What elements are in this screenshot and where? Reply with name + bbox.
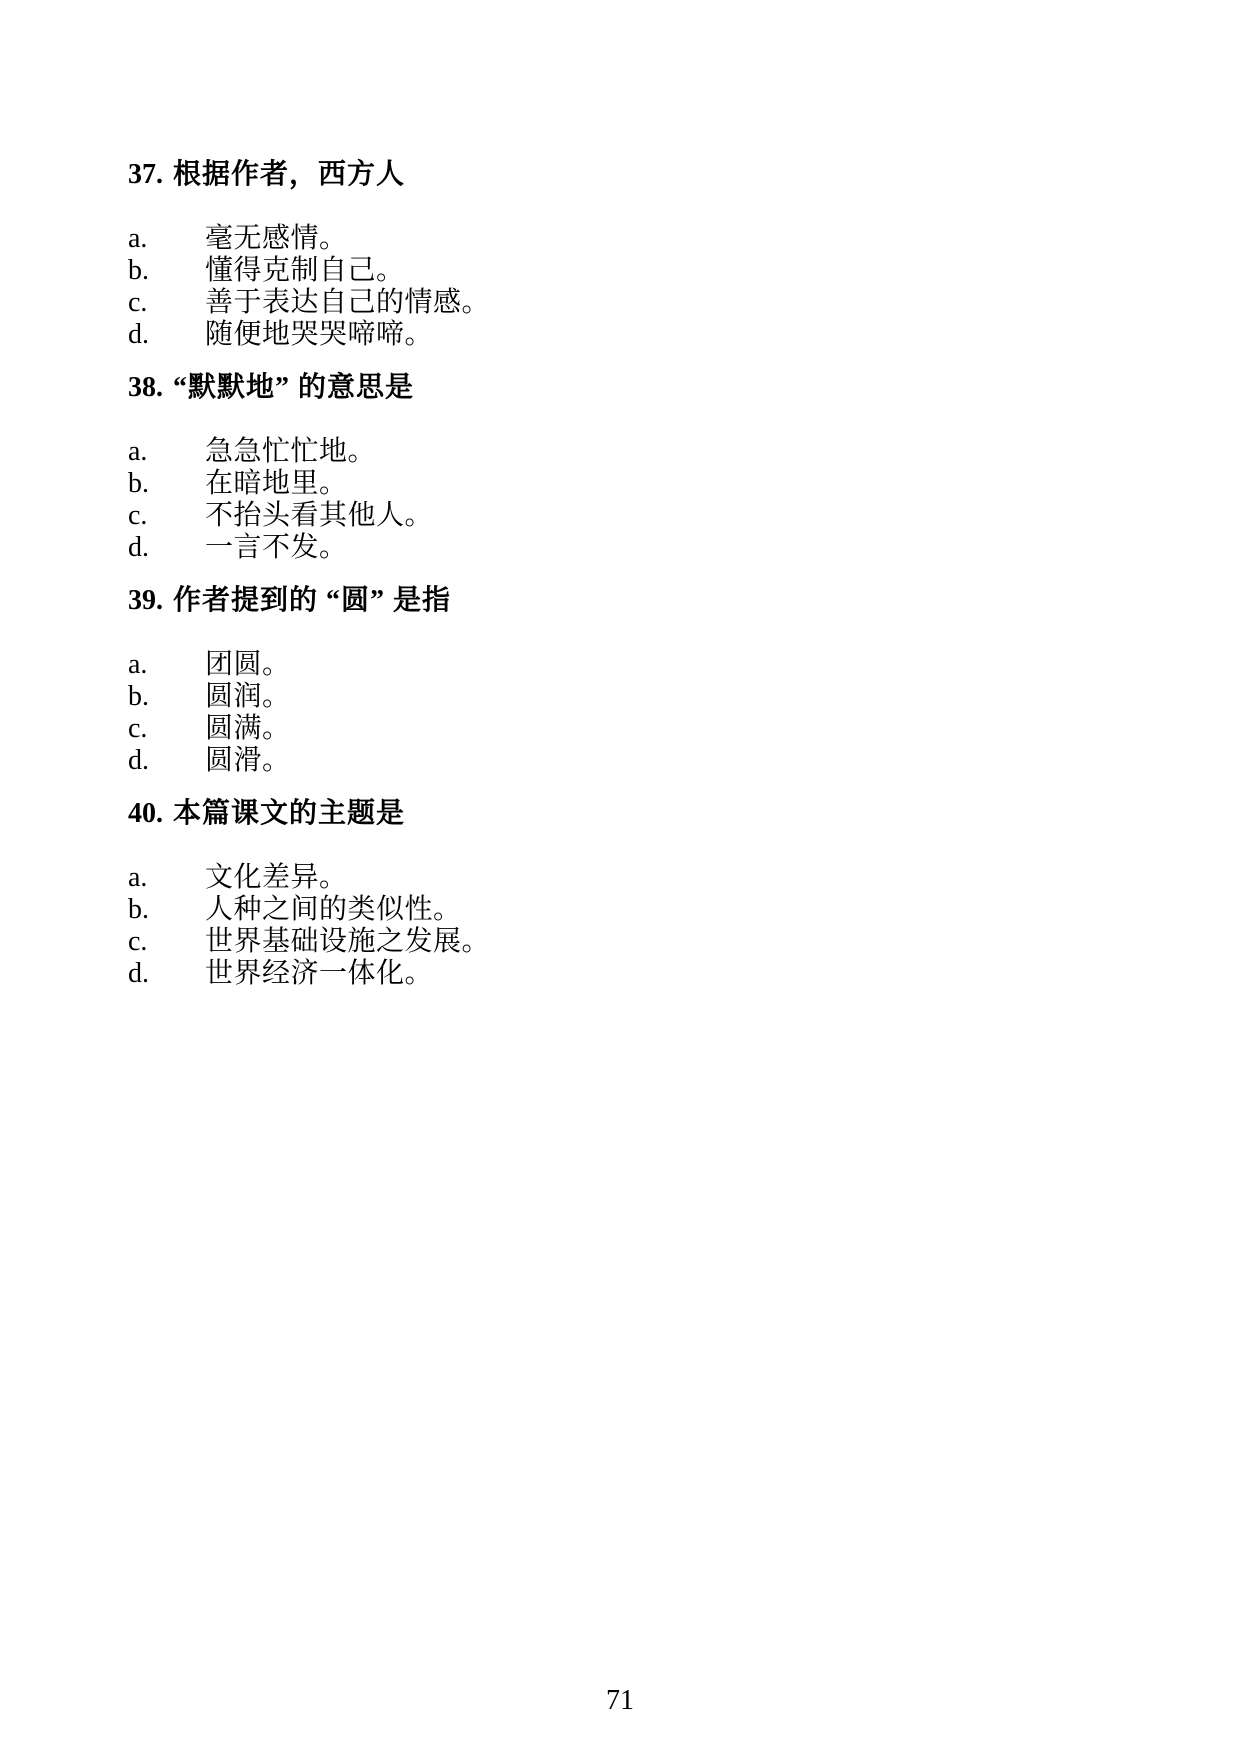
question-37: 37.根据作者，西方人 a. 毫无感情。 b. 懂得克制自己。 c. 善于表达自… <box>128 159 1140 351</box>
option-letter: a. <box>128 862 205 894</box>
option-letter: a. <box>128 649 205 681</box>
question-heading: 40.本篇课文的主题是 <box>128 798 1140 830</box>
option-text: 毫无感情。 <box>205 223 348 255</box>
option-row: b. 圆润。 <box>128 681 1140 713</box>
option-row: d. 世界经济一体化。 <box>128 958 1140 990</box>
question-title: “默默地” 的意思是 <box>173 372 414 403</box>
option-text: 急急忙忙地。 <box>205 436 376 468</box>
question-38: 38.“默默地” 的意思是 a. 急急忙忙地。 b. 在暗地里。 c. 不抬头看… <box>128 372 1140 564</box>
option-letter: b. <box>128 468 205 500</box>
question-title: 作者提到的 “圆” 是指 <box>173 585 451 616</box>
option-letter: a. <box>128 223 205 255</box>
option-row: c. 圆满。 <box>128 713 1140 745</box>
option-text: 随便地哭哭啼啼。 <box>205 319 433 351</box>
option-letter: c. <box>128 287 205 319</box>
question-number: 37. <box>128 159 163 190</box>
options-list: a. 毫无感情。 b. 懂得克制自己。 c. 善于表达自己的情感。 d. 随便地… <box>128 223 1140 351</box>
question-heading: 39.作者提到的 “圆” 是指 <box>128 585 1140 617</box>
options-list: a. 急急忙忙地。 b. 在暗地里。 c. 不抬头看其他人。 d. 一言不发。 <box>128 436 1140 564</box>
option-row: b. 人种之间的类似性。 <box>128 894 1140 926</box>
option-text: 世界基础设施之发展。 <box>205 926 490 958</box>
option-text: 圆滑。 <box>205 745 291 777</box>
option-row: a. 文化差异。 <box>128 862 1140 894</box>
option-text: 在暗地里。 <box>205 468 348 500</box>
option-row: a. 团圆。 <box>128 649 1140 681</box>
option-row: b. 懂得克制自己。 <box>128 255 1140 287</box>
option-letter: b. <box>128 894 205 926</box>
question-title: 本篇课文的主题是 <box>173 798 405 829</box>
question-heading: 38.“默默地” 的意思是 <box>128 372 1140 404</box>
option-row: a. 急急忙忙地。 <box>128 436 1140 468</box>
option-letter: b. <box>128 255 205 287</box>
question-number: 38. <box>128 372 163 403</box>
document-page: 37.根据作者，西方人 a. 毫无感情。 b. 懂得克制自己。 c. 善于表达自… <box>0 0 1240 1754</box>
option-text: 团圆。 <box>205 649 291 681</box>
option-letter: d. <box>128 958 205 990</box>
option-row: d. 圆滑。 <box>128 745 1140 777</box>
option-letter: b. <box>128 681 205 713</box>
option-text: 世界经济一体化。 <box>205 958 433 990</box>
option-letter: c. <box>128 926 205 958</box>
option-row: d. 一言不发。 <box>128 532 1140 564</box>
option-row: c. 不抬头看其他人。 <box>128 500 1140 532</box>
option-letter: c. <box>128 713 205 745</box>
option-text: 懂得克制自己。 <box>205 255 405 287</box>
question-title: 根据作者，西方人 <box>173 159 405 190</box>
page-number: 71 <box>0 1685 1240 1717</box>
option-row: d. 随便地哭哭啼啼。 <box>128 319 1140 351</box>
option-letter: d. <box>128 745 205 777</box>
option-text: 圆润。 <box>205 681 291 713</box>
option-row: b. 在暗地里。 <box>128 468 1140 500</box>
option-row: c. 世界基础设施之发展。 <box>128 926 1140 958</box>
option-text: 不抬头看其他人。 <box>205 500 433 532</box>
option-row: c. 善于表达自己的情感。 <box>128 287 1140 319</box>
option-letter: d. <box>128 319 205 351</box>
question-heading: 37.根据作者，西方人 <box>128 159 1140 191</box>
option-letter: c. <box>128 500 205 532</box>
option-letter: d. <box>128 532 205 564</box>
option-text: 文化差异。 <box>205 862 348 894</box>
options-list: a. 团圆。 b. 圆润。 c. 圆满。 d. 圆滑。 <box>128 649 1140 777</box>
question-39: 39.作者提到的 “圆” 是指 a. 团圆。 b. 圆润。 c. 圆满。 d. … <box>128 585 1140 777</box>
option-row: a. 毫无感情。 <box>128 223 1140 255</box>
option-text: 圆满。 <box>205 713 291 745</box>
question-40: 40.本篇课文的主题是 a. 文化差异。 b. 人种之间的类似性。 c. 世界基… <box>128 798 1140 990</box>
question-number: 40. <box>128 798 163 829</box>
option-letter: a. <box>128 436 205 468</box>
questions-section: 37.根据作者，西方人 a. 毫无感情。 b. 懂得克制自己。 c. 善于表达自… <box>128 159 1140 1011</box>
option-text: 善于表达自己的情感。 <box>205 287 490 319</box>
question-number: 39. <box>128 585 163 616</box>
options-list: a. 文化差异。 b. 人种之间的类似性。 c. 世界基础设施之发展。 d. 世… <box>128 862 1140 990</box>
option-text: 人种之间的类似性。 <box>205 894 462 926</box>
option-text: 一言不发。 <box>205 532 348 564</box>
